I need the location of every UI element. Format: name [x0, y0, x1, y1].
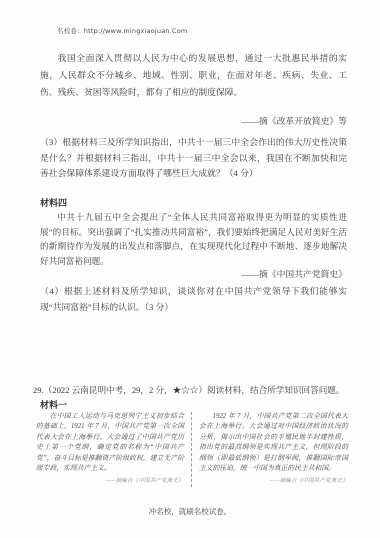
- material1-two-column-excerpt: 在中国工人运动与马克思列宁主义初步结合的基础上，1921 年 7 月，中国共产党…: [36, 412, 348, 487]
- material3-paragraph: 我国全面深入贯彻以人民为中心的发展思想，通过一大批惠民举措的实施，人民群众不分城…: [40, 50, 347, 101]
- material3-source-citation: ——摘《改革开放简史》等: [241, 114, 347, 127]
- material1-left-source-citation: ——摘编自《中国共产党简史》: [36, 476, 184, 486]
- material1-left-text: 在中国工人运动与马克思列宁主义初步结合的基础上，1921 年 7 月，中国共产党…: [36, 412, 184, 474]
- question-4: （4）根据上述材料及所学知识，谈谈你对在中国共产党领导下我们能够实现“共同富裕”…: [40, 284, 347, 315]
- material1-heading: 材料一: [40, 398, 67, 411]
- header-site-url: 名校卷：http://www.mingxiaojuan.Com: [57, 26, 187, 35]
- exam-paper-page: 名校卷：http://www.mingxiaojuan.Com 我国全面深入贯彻…: [0, 0, 380, 538]
- material1-right-text: 1922 年 7 月，中国共产党第二次全国代表大会在上海举行。大会通过对中国经济…: [199, 412, 348, 474]
- material1-left-column: 在中国工人运动与马克思列宁主义初步结合的基础上，1921 年 7 月，中国共产党…: [36, 412, 192, 487]
- footer-slogan: 冲名校，就刷名校试卷。: [0, 506, 380, 517]
- material4-heading: 材料四: [40, 196, 67, 209]
- material4-source-citation: ——摘《中国共产党简史》: [241, 267, 347, 280]
- question-3: （3）根据材料三及所学知识指出，中共十一届三中全会作出的伟大历史性决策是什么？并…: [40, 135, 347, 182]
- material1-right-source-citation: ——摘编自《中国共产党简史》: [199, 476, 348, 486]
- material1-right-column: 1922 年 7 月，中国共产党第二次全国代表大会在上海举行。大会通过对中国经济…: [192, 412, 348, 487]
- question-29-stem: 29.（2022 云南昆明中考，29，2 分，★☆☆）阅读材料，结合所学知识回答…: [33, 384, 349, 397]
- material4-paragraph: 中共十九届五中全会提出了“全体人民共同富裕取得更为明显的实质性进展”的目标。突出…: [40, 210, 347, 268]
